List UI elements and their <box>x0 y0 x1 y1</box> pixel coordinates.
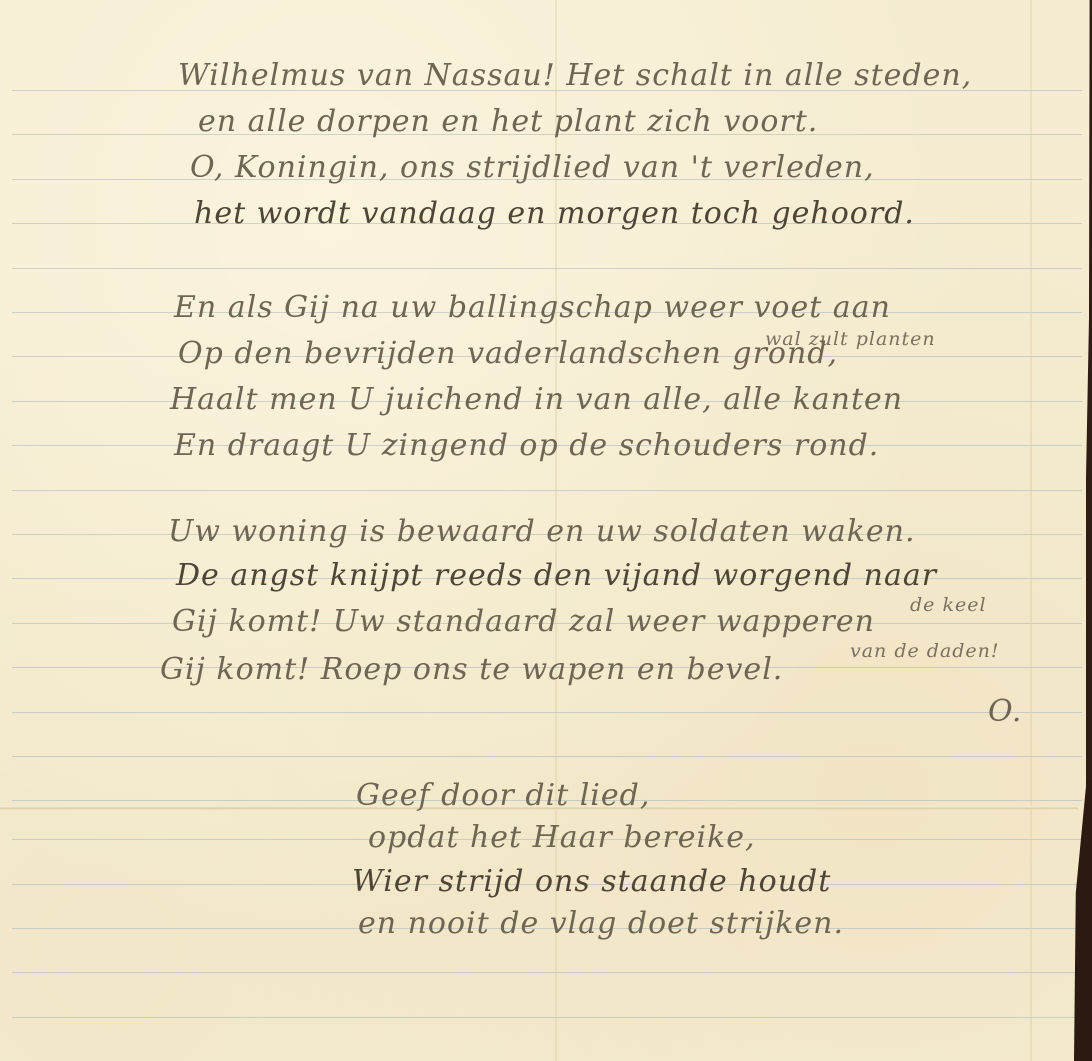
poem-line: Wilhelmus van Nassau! Het schalt in alle… <box>178 58 972 93</box>
ruled-line <box>12 268 1082 269</box>
poem-line: Gij komt! Roep ons te wapen en bevel. <box>160 652 783 687</box>
ruled-line <box>12 1017 1082 1018</box>
ruled-line <box>12 712 1082 713</box>
poem-line: Geef door dit lied, <box>356 778 650 813</box>
poem-line: het wordt vandaag en morgen toch gehoord… <box>194 196 915 231</box>
poem-line: Uw woning is bewaard en uw soldaten wake… <box>168 514 916 549</box>
poem-line: Wier strijd ons staande houdt <box>352 864 831 899</box>
poem-line: De angst knijpt reeds den vijand worgend… <box>176 558 937 593</box>
poem-line: Gij komt! Uw standaard zal weer wapperen <box>172 604 875 639</box>
vertical-fold <box>1030 0 1032 1061</box>
inserted-correction: de keel <box>910 594 987 616</box>
poem-line: O, Koningin, ons strijdlied van 't verle… <box>190 150 875 185</box>
ruled-line <box>12 756 1082 757</box>
ruled-line <box>12 972 1082 973</box>
poem-line: opdat het Haar bereike, <box>368 820 756 855</box>
poem-line: Haalt men U juichend in van alle, alle k… <box>170 382 903 417</box>
paper-sheet: Wilhelmus van Nassau! Het schalt in alle… <box>0 0 1092 1061</box>
signature-initial: O. <box>988 694 1022 729</box>
ruled-line <box>12 490 1082 491</box>
poem-line: En als Gij na uw ballingschap weer voet … <box>174 290 891 325</box>
poem-line: Op den bevrijden vaderlandschen grond, <box>178 336 838 371</box>
poem-line: En draagt U zingend op de schouders rond… <box>174 428 879 463</box>
paper-edge-shadow <box>1074 780 1092 1061</box>
poem-line: en nooit de vlag doet strijken. <box>358 906 844 941</box>
poem-line: en alle dorpen en het plant zich voort. <box>198 104 818 139</box>
inserted-correction: van de daden! <box>850 640 1000 662</box>
